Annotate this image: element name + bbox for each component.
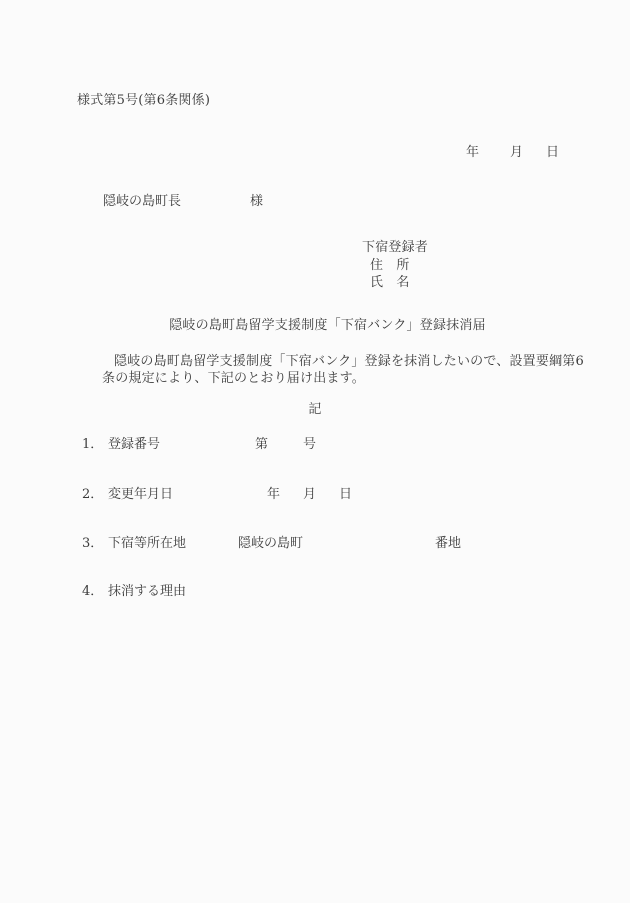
town-name-label: 隠岐の島町 [238, 532, 303, 551]
document-page: 様式第5号(第6条関係) 年 月 日 隠岐の島町長 様 下宿登録者 住 所 氏 … [0, 0, 630, 903]
item-number: 4． [82, 580, 103, 599]
registrant-name-label: 氏 名 [370, 275, 410, 292]
form-item-lodging-address: 3． 下宿等所在地 隠岐の島町 番地 [0, 532, 630, 550]
year-label: 年 [267, 483, 280, 502]
month-label: 月 [303, 483, 316, 502]
date-line: 年 月 日 [0, 141, 630, 159]
form-item-registration-number: 1． 登録番号 第 号 [0, 433, 630, 451]
item-label: 下宿等所在地 [108, 532, 186, 551]
form-item-cancellation-reason: 4． 抹消する理由 [0, 580, 630, 598]
item-label: 変更年月日 [108, 483, 173, 502]
date-day-label: 日 [546, 141, 559, 160]
banchi-label: 番地 [435, 532, 461, 551]
form-number: 様式第5号(第6条関係) [77, 93, 210, 110]
item-number: 3． [82, 532, 103, 551]
number-prefix-label: 第 [255, 433, 268, 452]
body-line-2: 条の規定により、下記のとおり届け出ます。 [102, 371, 365, 388]
registrant-heading: 下宿登録者 [362, 240, 428, 257]
document-title: 隠岐の島町島留学支援制度「下宿バンク」登録抹消届 [25, 318, 630, 335]
addressee-line: 隠岐の島町長 様 [0, 190, 630, 208]
addressee-name: 隠岐の島町長 [103, 190, 181, 209]
registrant-address-label: 住 所 [370, 258, 410, 275]
number-suffix-label: 号 [303, 433, 316, 452]
item-number: 2． [82, 483, 103, 502]
record-marker: 記 [0, 402, 630, 419]
body-line-1: 隠岐の島町島留学支援制度「下宿バンク」登録を抹消したいので、設置要綱第6 [114, 354, 584, 371]
addressee-honorific: 様 [250, 190, 263, 209]
day-label: 日 [339, 483, 352, 502]
item-label: 登録番号 [108, 433, 160, 452]
item-label: 抹消する理由 [108, 580, 186, 599]
item-number: 1． [82, 433, 103, 452]
form-item-change-date: 2． 変更年月日 年 月 日 [0, 483, 630, 501]
date-year-label: 年 [466, 141, 479, 160]
date-month-label: 月 [510, 141, 523, 160]
